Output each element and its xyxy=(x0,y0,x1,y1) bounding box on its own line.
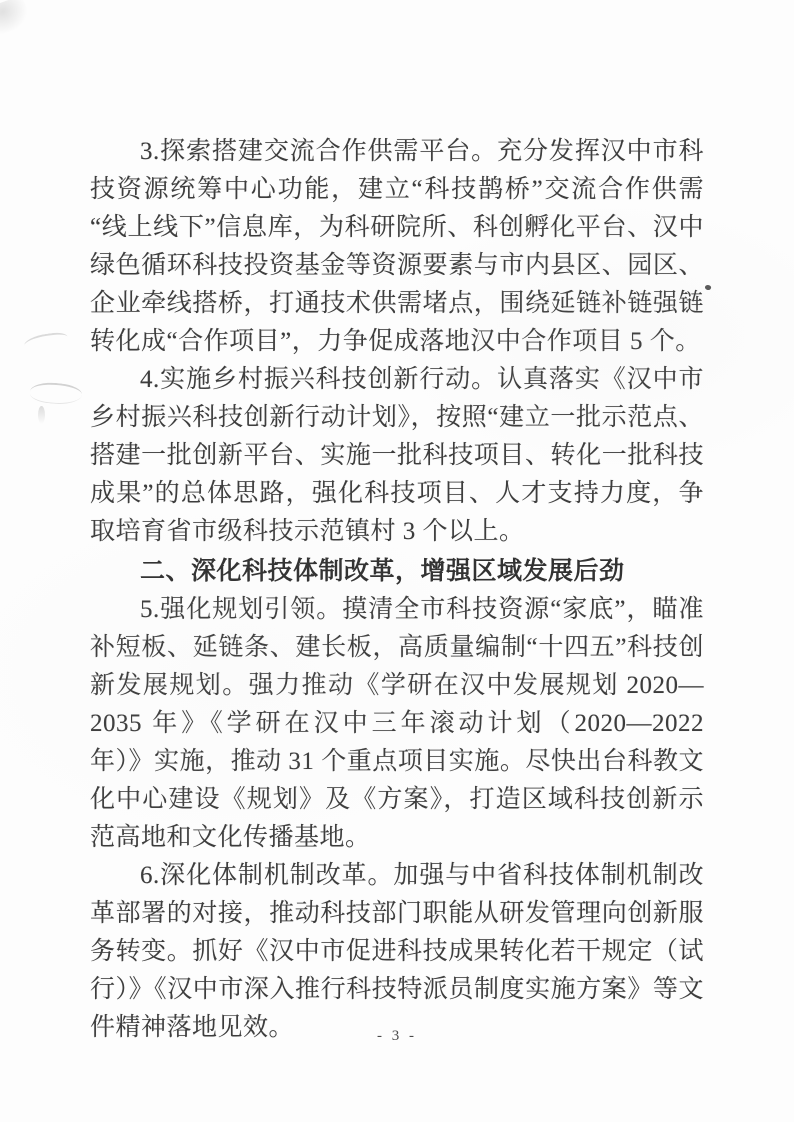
page-number: - 3 - xyxy=(0,1028,794,1045)
body-paragraph-5: 5.强化规划引领。摸清全市科技资源“家底”，瞄准补短板、延链条、建长板，高质量编… xyxy=(90,591,704,857)
section-heading-2: 二、深化科技体制改革，增强区域发展后劲 xyxy=(90,551,704,591)
scan-speck xyxy=(704,284,712,291)
scan-smudge xyxy=(29,380,83,406)
body-paragraph-3: 3.探索搭建交流合作供需平台。充分发挥汉中市科技资源统筹中心功能，建立“科技鹊桥… xyxy=(90,133,704,361)
document-body: 3.探索搭建交流合作供需平台。充分发挥汉中市科技资源统筹中心功能，建立“科技鹊桥… xyxy=(90,133,704,1047)
scan-smudge xyxy=(23,331,69,353)
body-paragraph-4: 4.实施乡村振兴科技创新行动。认真落实《汉中市乡村振兴科技创新行动计划》，按照“… xyxy=(90,361,704,551)
body-paragraph-6: 6.深化体制机制改革。加强与中省科技体制机制改革部署的对接，推动科技部门职能从研… xyxy=(90,857,704,1047)
document-page: 3.探索搭建交流合作供需平台。充分发挥汉中市科技资源统筹中心功能，建立“科技鹊桥… xyxy=(0,0,794,1122)
scan-smudge-corner xyxy=(0,0,32,35)
scan-smudge xyxy=(38,406,45,424)
